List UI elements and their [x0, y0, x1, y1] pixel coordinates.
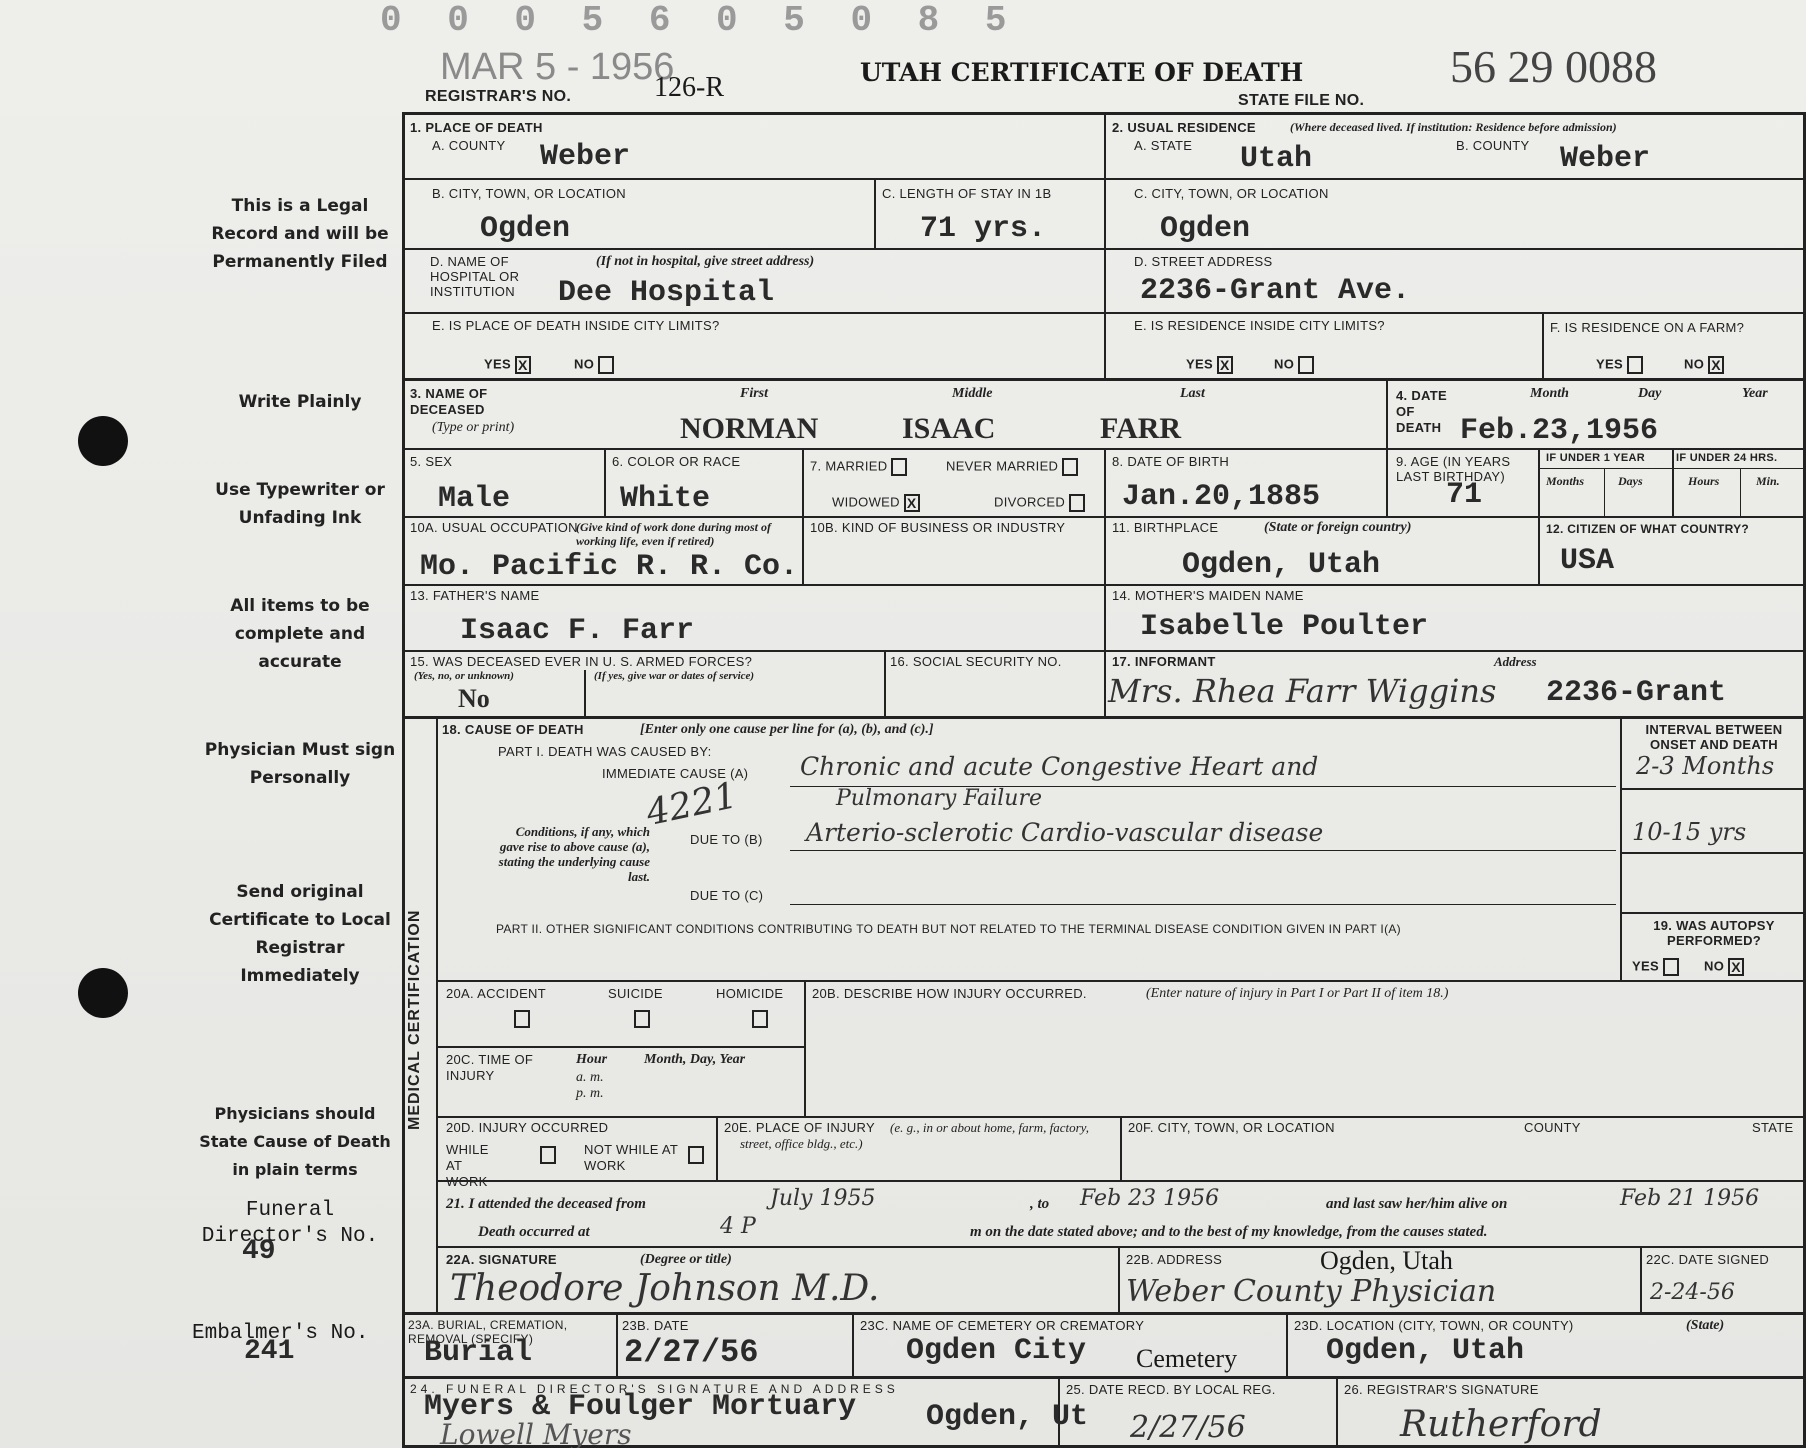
registrar-signature-label: 26. REGISTRAR'S SIGNATURE — [1344, 1382, 1539, 1397]
res-city-label: c. CITY, TOWN, OR LOCATION — [1134, 186, 1329, 201]
note-physician-sign: Physician Must sign Personally — [200, 736, 400, 792]
sex-label: 5. SEX — [410, 454, 452, 469]
injury-city-label: 20f. CITY, TOWN, OR LOCATION — [1128, 1120, 1335, 1135]
under-24h-label: IF UNDER 24 HRS. — [1676, 452, 1777, 464]
place-injury-hint: (e. g., in or about home, farm, factory,… — [740, 1120, 1110, 1152]
burial-state-label: (State) — [1686, 1318, 1724, 1334]
death-inside-limits-label: e. IS PLACE OF DEATH INSIDE CITY LIMITS? — [432, 318, 719, 333]
degree-label: (Degree or title) — [640, 1252, 732, 1268]
state-file-no: 56 29 0088 — [1450, 40, 1657, 93]
informant-address-label: Address — [1494, 654, 1537, 670]
note-legal-record: This is a Legal Record and will be Perma… — [200, 192, 400, 276]
res-inside-limits-yes-checkbox[interactable]: X — [1217, 356, 1233, 374]
hours-label: Hours — [1688, 474, 1719, 489]
time-injury-label: 20c. TIME OF INJURY — [446, 1052, 546, 1084]
physician-signature-field[interactable]: Theodore Johnson M.D. — [450, 1268, 879, 1309]
city-label: b. CITY, TOWN, OR LOCATION — [432, 186, 626, 201]
date-recd-label: 25. DATE RECD. BY LOCAL REG. — [1066, 1382, 1276, 1397]
days-label: Days — [1618, 474, 1643, 489]
months-label: Months — [1546, 474, 1584, 489]
death-city-field[interactable]: Ogden — [480, 212, 570, 246]
physician-address-field[interactable]: Weber County Physician — [1126, 1274, 1496, 1309]
hour-label: Hour — [576, 1052, 607, 1068]
county-label: a. COUNTY — [432, 138, 505, 153]
cause-hint: [Enter only one cause per line for (a), … — [640, 722, 934, 738]
punch-hole — [78, 968, 128, 1018]
serial-stamp: 0 0 0 5 6 0 5 0 8 5 — [380, 0, 1018, 41]
month-label: Month — [1530, 386, 1569, 402]
injury-state-label: STATE — [1752, 1120, 1793, 1135]
race-field[interactable]: White — [620, 482, 710, 516]
hospital-hint: (If not in hospital, give street address… — [596, 254, 814, 270]
attended-to-field[interactable]: Feb 23 1956 — [1080, 1186, 1219, 1211]
last-name-field[interactable]: FARR — [1100, 412, 1181, 446]
father-name-field[interactable]: Isaac F. Farr — [460, 614, 694, 648]
place-of-death-title: 1. PLACE OF DEATH — [410, 120, 543, 135]
birthplace-field[interactable]: Ogden, Utah — [1182, 548, 1380, 582]
injury-occurred-label: 20d. INJURY OCCURRED — [446, 1120, 608, 1135]
suicide-checkbox[interactable] — [634, 1010, 650, 1028]
homicide-label: HOMICIDE — [716, 986, 783, 1001]
attended-label: 21. I attended the deceased from — [446, 1196, 646, 1213]
yes-label: YES — [1186, 356, 1213, 371]
married-checkbox[interactable] — [891, 458, 907, 476]
res-state-label: a. STATE — [1134, 138, 1192, 153]
age-field[interactable]: 71 — [1446, 478, 1482, 512]
death-inside-limits-no-checkbox[interactable] — [598, 356, 614, 374]
registrar-no-label: REGISTRAR'S NO. — [425, 88, 571, 106]
informant-address-field[interactable]: 2236-Grant — [1546, 676, 1726, 710]
middle-label: Middle — [952, 386, 992, 402]
death-county-field[interactable]: Weber — [540, 140, 630, 174]
note-use-typewriter: Use Typewriter or Unfading Ink — [200, 476, 400, 532]
hospital-field[interactable]: Dee Hospital — [558, 276, 774, 310]
married-label: 7. MARRIED — [810, 458, 887, 473]
year-label: Year — [1742, 386, 1768, 402]
citizen-field[interactable]: USA — [1560, 544, 1614, 578]
armed-hint-1: (Yes, no, or unknown) — [414, 670, 514, 682]
cause-of-death-label: 18. CAUSE OF DEATH — [442, 722, 584, 737]
ampm-label: a. m. p. m. — [576, 1070, 616, 1102]
street-label: d. STREET ADDRESS — [1134, 254, 1273, 269]
farm-yes-checkbox[interactable] — [1627, 356, 1643, 374]
homicide-checkbox[interactable] — [752, 1010, 768, 1028]
farm-no-checkbox[interactable]: X — [1708, 356, 1724, 374]
injury-desc-label: 20b. DESCRIBE HOW INJURY OCCURRED. — [812, 986, 1087, 1001]
date-signed-field[interactable]: 2-24-56 — [1650, 1280, 1735, 1305]
death-at-field[interactable]: 4 P — [720, 1214, 756, 1239]
divorced-checkbox[interactable] — [1069, 494, 1085, 512]
hospital-label: d. NAME OF HOSPITAL OR INSTITUTION — [430, 254, 540, 299]
last-label: Last — [1180, 386, 1205, 402]
funeral-director-label: Funeral Director's No. — [190, 1198, 390, 1250]
res-inside-limits-label: e. IS RESIDENCE INSIDE CITY LIMITS? — [1134, 318, 1385, 333]
note-write-plainly: Write Plainly — [200, 388, 400, 416]
business-label: 10b. KIND OF BUSINESS OR INDUSTRY — [810, 520, 1065, 535]
never-married-checkbox[interactable] — [1062, 458, 1078, 476]
accident-label: 20a. ACCIDENT — [446, 986, 546, 1001]
part1-label: PART I. DEATH WAS CAUSED BY: — [498, 744, 712, 759]
farm-label: f. IS RESIDENCE ON A FARM? — [1550, 320, 1744, 335]
immediate-cause-field-2[interactable]: Pulmonary Failure — [836, 786, 1042, 811]
autopsy-no-checkbox[interactable]: X — [1728, 958, 1744, 976]
res-county-label: b. COUNTY — [1456, 138, 1529, 153]
res-inside-limits-no-checkbox[interactable] — [1298, 356, 1314, 374]
cemetery-label: 23c. NAME OF CEMETERY OR CREMATORY — [860, 1318, 1144, 1333]
death-certificate: 0 0 0 5 6 0 5 0 8 5 MAR 5 - 1956 REGISTR… — [0, 0, 1806, 1448]
punch-hole — [78, 416, 128, 466]
note-complete-accurate: All items to be complete and accurate — [200, 592, 400, 676]
date-of-death-field[interactable]: Feb.23,1956 — [1460, 414, 1658, 448]
yes-label: YES — [1632, 958, 1659, 973]
burial-type-field[interactable]: Burial — [424, 1336, 532, 1370]
no-label: NO — [1274, 356, 1294, 371]
armed-forces-label: 15. WAS DECEASED EVER IN U. S. ARMED FOR… — [410, 654, 752, 669]
date-signed-label: 22c. DATE SIGNED — [1646, 1252, 1769, 1267]
funeral-director-no: 49 — [242, 1236, 276, 1267]
death-at-suffix: m on the date stated above; and to the b… — [970, 1224, 1487, 1241]
yes-label: YES — [484, 356, 511, 371]
armed-forces-field[interactable]: No — [458, 684, 490, 714]
sex-field[interactable]: Male — [438, 482, 510, 516]
first-label: First — [740, 386, 768, 402]
min-label: Min. — [1756, 474, 1780, 489]
interval-b-field[interactable]: 10-15 yrs — [1632, 818, 1746, 846]
date-of-death-label: 4. DATE OF DEATH — [1396, 388, 1456, 436]
mdy-label: Month, Day, Year — [644, 1052, 745, 1068]
due-to-c-label: DUE TO (c) — [690, 888, 763, 903]
first-name-field[interactable]: NORMAN — [680, 412, 818, 446]
attended-to-label: , to — [1030, 1196, 1049, 1213]
birthplace-hint: (State or foreign country) — [1264, 520, 1411, 536]
no-label: NO — [1704, 958, 1724, 973]
stay-label: c. LENGTH OF STAY IN 1b — [882, 186, 1051, 201]
accident-checkbox[interactable] — [514, 1010, 530, 1028]
suicide-label: SUICIDE — [608, 986, 663, 1001]
usual-residence-title: 2. USUAL RESIDENCE — [1112, 120, 1256, 135]
never-married-label: NEVER MARRIED — [946, 458, 1058, 473]
cemetery-field-2[interactable]: Cemetery — [1136, 1344, 1237, 1374]
received-stamp: MAR 5 - 1956 — [440, 46, 674, 89]
while-work-label: WHILE AT WORK — [446, 1142, 506, 1190]
medical-certification-side-label: MEDICAL CERTIFICATION — [406, 910, 424, 1130]
widowed-checkbox[interactable]: X — [904, 494, 920, 512]
mother-name-field[interactable]: Isabelle Poulter — [1140, 610, 1428, 644]
last-saw-label: and last saw her/him alive on — [1326, 1196, 1507, 1213]
injury-county-label: COUNTY — [1524, 1120, 1581, 1135]
part2-label: PART II. OTHER SIGNIFICANT CONDITIONS CO… — [496, 922, 1401, 936]
res-state-field[interactable]: Utah — [1240, 142, 1312, 176]
signature-label: 22a. SIGNATURE — [446, 1252, 557, 1267]
embalmer-no: 241 — [244, 1336, 294, 1367]
street-address-field[interactable]: 2236-Grant Ave. — [1140, 274, 1410, 308]
address-label: 22b. ADDRESS — [1126, 1252, 1222, 1267]
immediate-cause-field[interactable]: Chronic and acute Congestive Heart and — [800, 752, 1318, 781]
birthplace-label: 11. BIRTHPLACE — [1112, 520, 1218, 535]
burial-date-field[interactable]: 2/27/56 — [624, 1334, 758, 1371]
name-hint: (Type or print) — [432, 420, 514, 436]
registrar-no: 126-R — [654, 72, 724, 104]
citizen-label: 12. CITIZEN OF WHAT COUNTRY? — [1546, 522, 1749, 536]
informant-label: 17. INFORMANT — [1112, 654, 1216, 669]
under-1yr-label: IF UNDER 1 YEAR — [1546, 452, 1645, 464]
death-at-label: Death occurred at — [478, 1224, 590, 1241]
mother-label: 14. MOTHER'S MAIDEN NAME — [1112, 588, 1304, 603]
funeral-city-field[interactable]: Ogden, Ut — [926, 1400, 1088, 1434]
day-label: Day — [1638, 386, 1661, 402]
dob-label: 8. DATE OF BIRTH — [1112, 454, 1229, 469]
yes-label: YES — [1596, 356, 1623, 371]
burial-date-label: 23b. DATE — [622, 1318, 689, 1333]
burial-location-label: 23d. LOCATION (City, town, or county) — [1294, 1318, 1574, 1333]
informant-field[interactable]: Mrs. Rhea Farr Wiggins — [1108, 672, 1496, 710]
page-title: UTAH CERTIFICATE OF DEATH — [860, 58, 1303, 87]
burial-location-field[interactable]: Ogden, Utah — [1326, 1334, 1524, 1368]
ssn-label: 16. SOCIAL SECURITY NO. — [890, 654, 1062, 669]
due-to-b-field[interactable]: Arterio-sclerotic Cardio-vascular diseas… — [806, 818, 1323, 847]
name-label: 3. NAME OF DECEASED — [410, 386, 520, 418]
occupation-label: 10a. USUAL OCCUPATION — [410, 520, 578, 535]
attended-from-field[interactable]: July 1955 — [770, 1186, 875, 1211]
not-work-label: NOT WHILE AT WORK — [584, 1142, 684, 1174]
state-file-no-label: STATE FILE NO. — [1238, 92, 1364, 110]
last-saw-field[interactable]: Feb 21 1956 — [1620, 1186, 1759, 1211]
autopsy-label: 19. WAS AUTOPSY PERFORMED? — [1628, 918, 1800, 948]
armed-hint-2: (If yes, give war or dates of service) — [594, 670, 754, 682]
usual-residence-hint: (Where deceased lived. If institution: R… — [1290, 120, 1617, 135]
date-recd-field[interactable]: 2/27/56 — [1130, 1410, 1246, 1445]
due-to-b-label: DUE TO (b) — [690, 832, 763, 847]
while-work-checkbox[interactable] — [540, 1146, 556, 1164]
widowed-label: WIDOWED — [832, 494, 900, 509]
dob-field[interactable]: Jan.20,1885 — [1122, 480, 1320, 514]
registrar-signature-field[interactable]: Rutherford — [1400, 1404, 1602, 1445]
death-inside-limits-yes-checkbox[interactable]: X — [515, 356, 531, 374]
middle-name-field[interactable]: ISAAC — [902, 412, 995, 446]
note-send-original: Send original Certificate to Local Regis… — [200, 878, 400, 990]
length-of-stay-field[interactable]: 71 yrs. — [920, 212, 1046, 246]
not-work-checkbox[interactable] — [688, 1146, 704, 1164]
occupation-field[interactable]: Mo. Pacific R. R. Co. — [420, 550, 798, 584]
father-label: 13. FATHER'S NAME — [410, 588, 539, 603]
physician-address-typed[interactable]: Ogden, Utah — [1320, 1246, 1453, 1276]
note-state-cause: Physicians should State Cause of Death i… — [190, 1100, 400, 1184]
res-county-field[interactable]: Weber — [1560, 142, 1650, 176]
race-label: 6. COLOR OR RACE — [612, 454, 740, 469]
cemetery-field[interactable]: Ogden City — [906, 1334, 1086, 1368]
res-city-field[interactable]: Ogden — [1160, 212, 1250, 246]
occupation-hint: (Give kind of work done during most of w… — [576, 520, 798, 548]
autopsy-yes-checkbox[interactable] — [1663, 958, 1679, 976]
no-label: NO — [574, 356, 594, 371]
interval-a-field[interactable]: 2-3 Months — [1636, 752, 1774, 780]
no-label: NO — [1684, 356, 1704, 371]
interval-label: INTERVAL BETWEEN ONSET AND DEATH — [1628, 722, 1800, 752]
conditions-hint: Conditions, if any, which gave rise to a… — [496, 824, 650, 884]
divorced-label: DIVORCED — [994, 494, 1065, 509]
funeral-director-signature[interactable]: Lowell Myers — [440, 1418, 632, 1448]
injury-desc-hint: (Enter nature of injury in Part I or Par… — [1146, 986, 1448, 1002]
